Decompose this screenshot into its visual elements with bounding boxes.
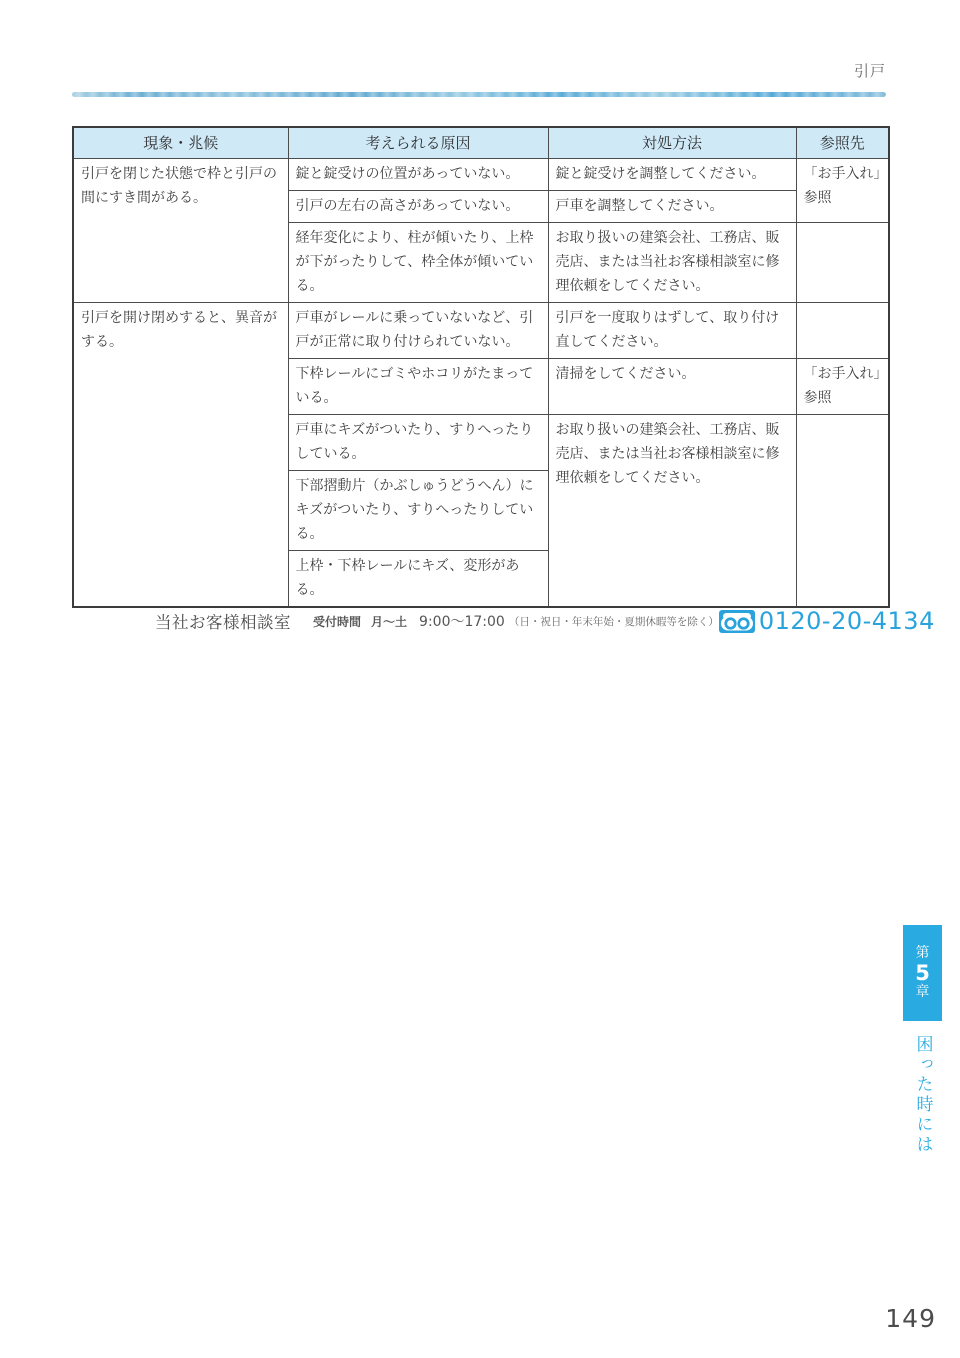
phone-number: 0120-20-4134 bbox=[759, 607, 935, 635]
reception-note: （日・祝日・年末年始・夏期休暇等を除く） bbox=[509, 614, 719, 629]
remedy-cell: 清掃をしてください。 bbox=[548, 359, 796, 415]
cause-cell: 下部摺動片（かぶしゅうどうへん）にキズがついたり、すりへったりしている。 bbox=[288, 471, 548, 551]
table-row: 引戸を開け閉めすると、異音がする。 戸車がレールに乗っていないなど、引戸が正常に… bbox=[73, 303, 889, 359]
reception-time: 9:00～17:00 bbox=[419, 611, 505, 631]
reference-cell bbox=[796, 223, 889, 303]
cause-cell: 錠と錠受けの位置があっていない。 bbox=[288, 159, 548, 191]
chapter-number: 5 bbox=[915, 961, 930, 985]
reception-days: 月～土 bbox=[371, 613, 407, 630]
column-header-symptom: 現象・兆候 bbox=[73, 127, 288, 159]
manual-page: 引戸 現象・兆候 考えられる原因 対処方法 参照先 引戸を閉じた状態で枠と引戸の… bbox=[0, 0, 960, 1358]
cause-cell: 上枠・下枠レールにキズ、変形がある。 bbox=[288, 551, 548, 608]
cause-cell: 戸車がレールに乗っていないなど、引戸が正常に取り付けられていない。 bbox=[288, 303, 548, 359]
customer-service-line: 当社お客様相談室 受付時間 月～土 9:00～17:00 （日・祝日・年末年始・… bbox=[155, 604, 888, 638]
reception-hours-label: 受付時間 bbox=[313, 613, 361, 630]
remedy-cell: お取り扱いの建築会社、工務店、販売店、または当社お客様相談室に修理依頼をしてくだ… bbox=[548, 223, 796, 303]
page-number: 149 bbox=[885, 1304, 936, 1333]
chapter-prefix: 第 bbox=[916, 946, 930, 961]
remedy-cell: 戸車を調整してください。 bbox=[548, 191, 796, 223]
table-row: 引戸を閉じた状態で枠と引戸の間にすき間がある。 錠と錠受けの位置があっていない。… bbox=[73, 159, 889, 191]
column-header-reference: 参照先 bbox=[796, 127, 889, 159]
running-head: 引戸 bbox=[854, 60, 886, 81]
reference-cell: 「お手入れ」参照 bbox=[796, 159, 889, 223]
troubleshooting-table-wrap: 現象・兆候 考えられる原因 対処方法 参照先 引戸を閉じた状態で枠と引戸の間にす… bbox=[72, 126, 888, 608]
chapter-suffix: 章 bbox=[916, 985, 930, 1000]
decorative-brush-line bbox=[72, 92, 886, 97]
table-header-row: 現象・兆候 考えられる原因 対処方法 参照先 bbox=[73, 127, 889, 159]
cause-cell: 引戸の左右の高さがあっていない。 bbox=[288, 191, 548, 223]
column-header-remedy: 対処方法 bbox=[548, 127, 796, 159]
remedy-cell: 引戸を一度取りはずして、取り付け直してください。 bbox=[548, 303, 796, 359]
reference-cell bbox=[796, 303, 889, 359]
column-header-cause: 考えられる原因 bbox=[288, 127, 548, 159]
chapter-tab: 第 5 章 bbox=[903, 925, 942, 1021]
cause-cell: 戸車にキズがついたり、すりへったりしている。 bbox=[288, 415, 548, 471]
reference-cell: 「お手入れ」参照 bbox=[796, 359, 889, 415]
customer-service-label: 当社お客様相談室 bbox=[155, 609, 291, 633]
phone-group: 0120-20-4134 bbox=[719, 607, 935, 635]
section-title-vertical: 困った時には bbox=[905, 1035, 941, 1185]
cause-cell: 下枠レールにゴミやホコリがたまっている。 bbox=[288, 359, 548, 415]
symptom-cell: 引戸を開け閉めすると、異音がする。 bbox=[73, 303, 288, 608]
remedy-cell: 錠と錠受けを調整してください。 bbox=[548, 159, 796, 191]
troubleshooting-table: 現象・兆候 考えられる原因 対処方法 参照先 引戸を閉じた状態で枠と引戸の間にす… bbox=[72, 126, 890, 608]
symptom-cell: 引戸を閉じた状態で枠と引戸の間にすき間がある。 bbox=[73, 159, 288, 303]
reference-cell bbox=[796, 415, 889, 608]
freedial-phone-icon bbox=[719, 610, 755, 633]
remedy-cell: お取り扱いの建築会社、工務店、販売店、または当社お客様相談室に修理依頼をしてくだ… bbox=[548, 415, 796, 608]
cause-cell: 経年変化により、柱が傾いたり、上枠が下がったりして、枠全体が傾いている。 bbox=[288, 223, 548, 303]
